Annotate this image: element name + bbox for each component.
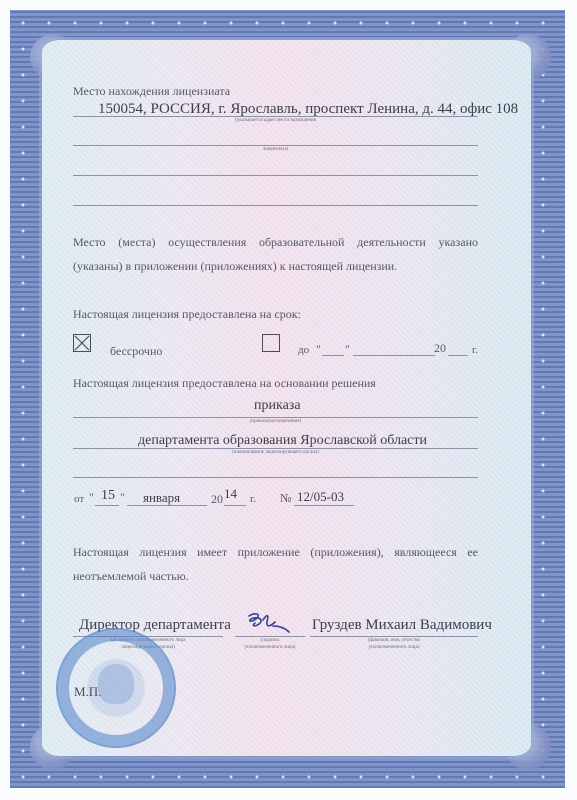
signature-rule — [235, 636, 305, 637]
authority-value: департамента образования Ярославской обл… — [138, 433, 427, 449]
blank-rule-1 — [73, 175, 478, 176]
address-caption: (указывается адрес места нахождения — [73, 118, 478, 123]
decision-day: 15 — [101, 488, 115, 504]
decision-year-suffix: 14 — [224, 486, 237, 502]
decision-type-caption: (приказа/распоряжения) — [73, 419, 478, 424]
term-until-label: до — [298, 344, 309, 356]
term-unlimited-checkbox[interactable] — [73, 334, 91, 352]
name-rule — [310, 636, 478, 637]
decision-quote-close: " — [120, 490, 125, 505]
term-year-field[interactable] — [448, 355, 468, 356]
blank-rule-3 — [73, 477, 478, 478]
authority-caption: (наименование лицензирующего органа) — [73, 450, 478, 455]
decision-number-sign: № — [280, 491, 291, 506]
decision-month: января — [143, 490, 180, 506]
address-rule-2 — [73, 145, 478, 146]
term-quote-open: " — [316, 342, 321, 357]
decision-type-value: приказа — [254, 398, 301, 414]
activity-place-text: Место (места) осуществления образователь… — [73, 230, 478, 278]
term-year-abbr: г. — [472, 344, 478, 356]
decision-day-rule — [95, 505, 119, 506]
term-month-field[interactable] — [353, 355, 435, 356]
decision-year-prefix: 20 — [211, 492, 223, 507]
term-quote-close: " — [345, 342, 350, 357]
decision-year-abbr: г. — [250, 493, 256, 505]
signature-caption-1: (подпись — [235, 638, 305, 643]
term-until-checkbox[interactable] — [262, 334, 280, 352]
name-caption-1: (фамилия, имя, отчество — [310, 638, 478, 643]
decision-quote-open: " — [89, 490, 94, 505]
term-unlimited-label: бессрочно — [110, 344, 162, 359]
signature-caption-2: уполномоченного лица) — [235, 645, 305, 650]
authority-rule — [73, 448, 478, 449]
checkmark-x-icon — [74, 335, 90, 351]
blank-rule-2 — [73, 205, 478, 206]
appendix-text: Настоящая лицензия имеет приложение (при… — [73, 540, 478, 588]
signature-icon — [243, 610, 293, 638]
decision-number: 12/05-03 — [297, 489, 344, 505]
address-rule — [73, 116, 478, 117]
decision-number-rule — [294, 505, 354, 506]
coat-of-arms-eagle-icon — [98, 664, 134, 704]
decision-type-rule — [73, 417, 478, 418]
term-year-prefix: 20 — [434, 341, 446, 356]
basis-label: Настоящая лицензия предоставлена на осно… — [73, 376, 376, 391]
decision-month-rule — [127, 505, 207, 506]
address-caption-2: лицензиата) — [73, 147, 478, 152]
decision-date-prefix: от — [74, 493, 84, 505]
term-label: Настоящая лицензия предоставлена на срок… — [73, 307, 301, 322]
location-label: Место нахождения лицензиата — [73, 84, 230, 99]
term-day-field[interactable] — [322, 355, 344, 356]
name-caption-2: уполномоченного лица) — [310, 645, 478, 650]
signatory-name: Груздев Михаил Вадимович — [312, 617, 492, 634]
decision-year-rule — [224, 505, 246, 506]
seal-label: М.П. — [74, 684, 101, 700]
